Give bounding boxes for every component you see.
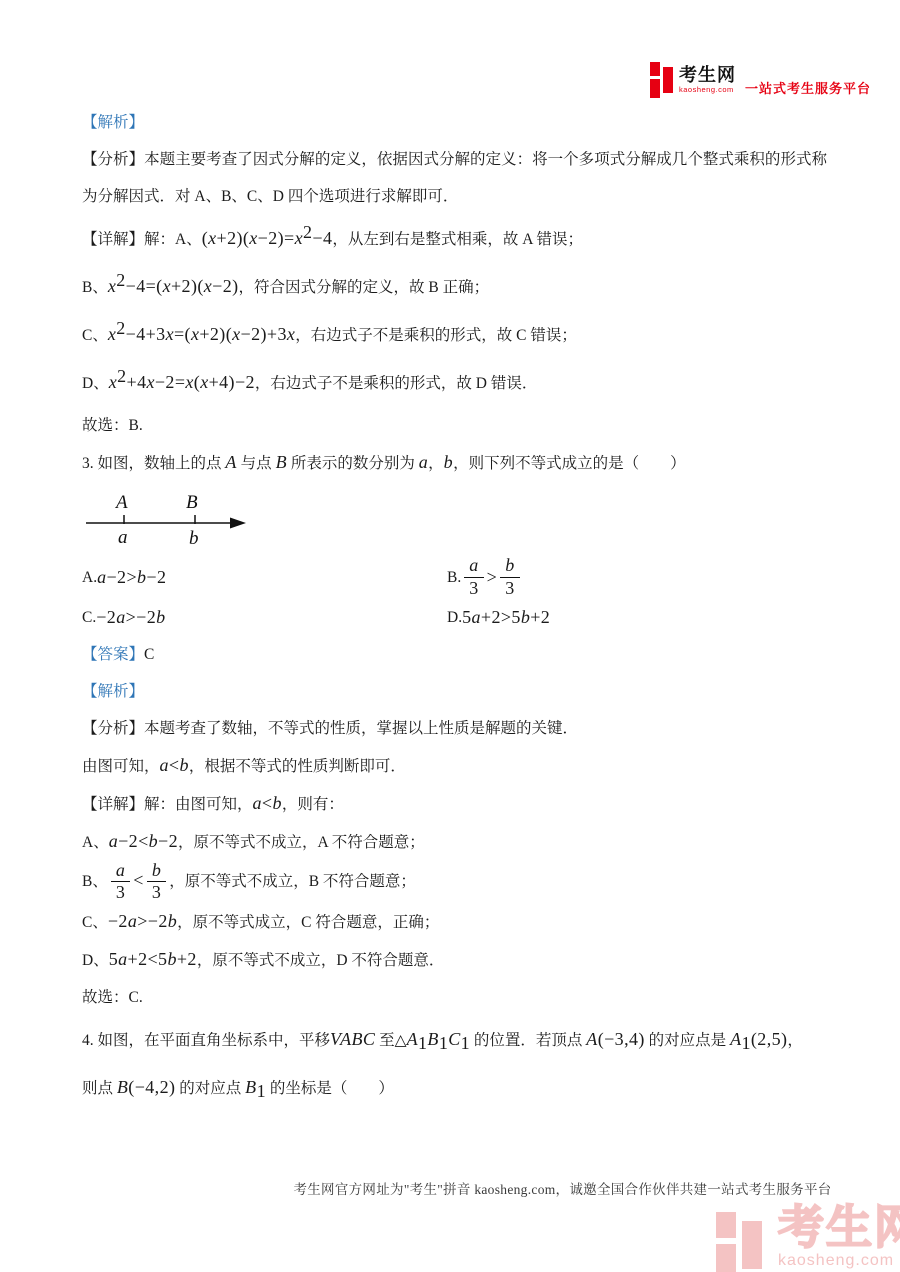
watermark-text: 考生网 kaosheng.com [778, 1204, 900, 1269]
question3-detail-b: B、a3<b3，原不等式不成立，B 不符合题意； [82, 861, 827, 904]
solution2-analysis: 【分析】本题主要考查了因式分解的定义，依据因式分解的定义：将一个多项式分解成几个… [82, 141, 827, 215]
question3-analysis: 【分析】本题考查了数轴，不等式的性质，掌握以上性质是解题的关键． [82, 710, 827, 747]
numberline-label-A: A [114, 492, 128, 513]
question3-analysis2: 由图可知，a<b，根据不等式的性质判断即可． [82, 747, 827, 785]
brand-tagline: 一站式考生服务平台 [745, 78, 871, 97]
question3-answer: 【答案】C [82, 636, 827, 673]
solution2-conclusion: 故选：B. [82, 407, 827, 444]
question3-detail-d: D、5a+2<5b+2，原不等式不成立，D 不符合题意． [82, 941, 827, 979]
kaosheng-logo-icon [650, 62, 674, 98]
question3-option-b: B. a3>b3 [447, 556, 523, 599]
solution2-heading: 【解析】 [82, 104, 827, 141]
question3-options-row1: A. a−2>b−2 B. a3>b3 [82, 556, 827, 599]
watermark-logo: 考生网 kaosheng.com [716, 1204, 900, 1272]
question3-option-a: A. a−2>b−2 [82, 559, 447, 596]
solution2-detail-b: B、x2−4=(x+2)(x−2)，符合因式分解的定义，故 B 正确； [82, 263, 827, 311]
watermark-kaosheng-icon [716, 1212, 766, 1272]
question3-detail: 【详解】解：由图可知，a<b，则有： [82, 785, 827, 823]
watermark-domain: kaosheng.com [778, 1253, 900, 1269]
question3-heading: 【解析】 [82, 673, 827, 710]
footer-note: 考生网官方网址为"考生"拼音 kaosheng.com，诚邀全国合作伙伴共建一站… [0, 1178, 900, 1198]
solution2-detail-c: C、x2−4+3x=(x+2)(x−2)+3x，右边式子不是乘积的形式，故 C … [82, 311, 827, 359]
solution2-detail-a: 【详解】解：A、(x+2)(x−2)=x2−4，从左到右是整式相乘，故 A 错误… [82, 215, 827, 263]
solution2-detail-d: D、x2+4x−2=x(x+4)−2，右边式子不是乘积的形式，故 D 错误． [82, 359, 827, 407]
question3-stem: 3. 如图，数轴上的点 A 与点 B 所表示的数分别为 a，b，则下列不等式成立… [82, 444, 827, 482]
question3-option-d: D. 5a+2>5b+2 [447, 599, 550, 636]
arrowhead [230, 518, 246, 529]
question3-option-c: C. −2a>−2b [82, 599, 447, 636]
brand-domain: kaosheng.com [679, 86, 736, 94]
document-page: 考生网 kaosheng.com 一站式考生服务平台 【解析】 【分析】本题主要… [0, 0, 900, 1272]
brand-name: 考生网 [679, 66, 736, 84]
numberline-label-a: a [118, 527, 128, 548]
site-logo: 考生网 kaosheng.com 一站式考生服务平台 [650, 62, 871, 98]
question3-options-row2: C. −2a>−2b D. 5a+2>5b+2 [82, 599, 827, 636]
brand-text: 考生网 kaosheng.com [679, 66, 736, 94]
question4-stem-line2: 则点 B(−4,2) 的对应点 B1 的坐标是（ ） [82, 1064, 827, 1112]
question3-detail-c: C、−2a>−2b，原不等式成立，C 符合题意，正确； [82, 903, 827, 941]
question3-detail-a: A、a−2<b−2，原不等式不成立，A 不符合题意； [82, 823, 827, 861]
question3-conclusion: 故选：C. [82, 979, 827, 1016]
question4-stem-line1: 4. 如图，在平面直角坐标系中，平移VABC 至△A1B1C1 的位置．若顶点 … [82, 1016, 827, 1064]
numberline-label-B: B [186, 492, 198, 513]
numberline-figure: A a B b [82, 488, 827, 548]
watermark-brand: 考生网 [778, 1204, 900, 1250]
numberline-label-b: b [189, 528, 199, 548]
document-content: 【解析】 【分析】本题主要考查了因式分解的定义，依据因式分解的定义：将一个多项式… [82, 104, 827, 1112]
